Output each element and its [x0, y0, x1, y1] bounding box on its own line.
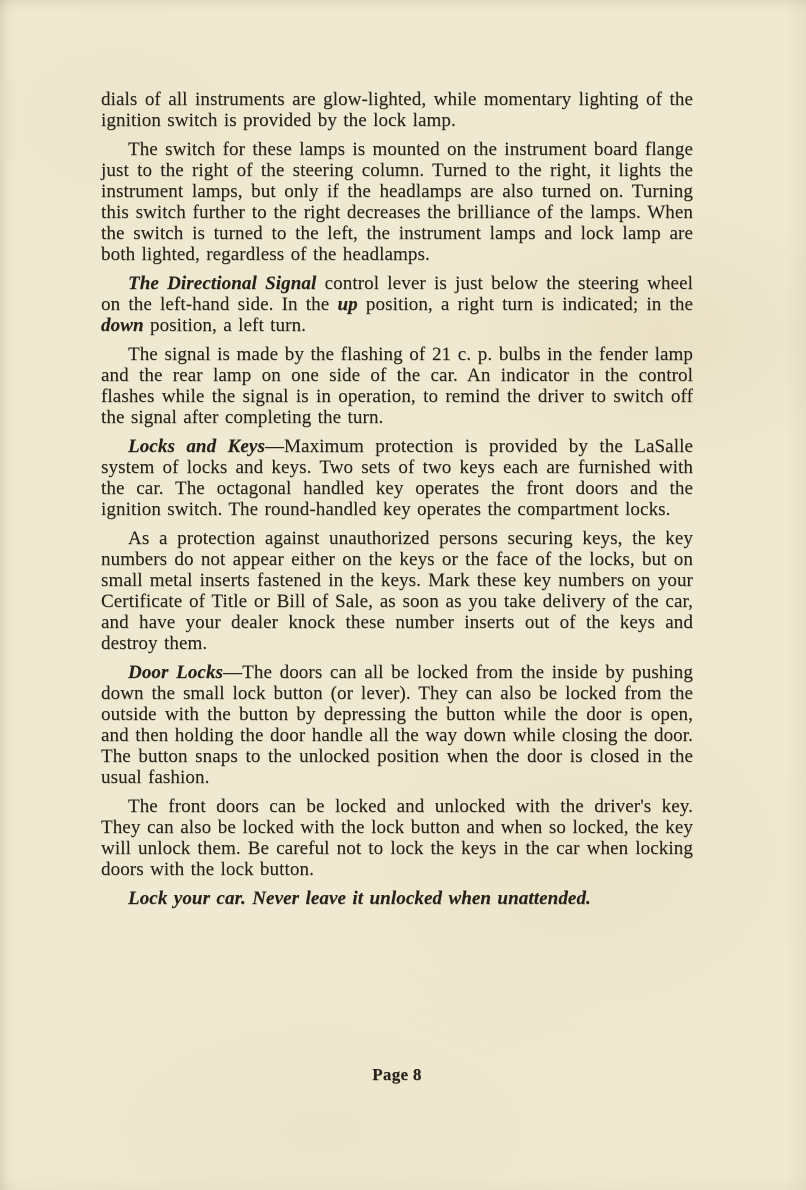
body-text: The switch for these lamps is mounted on…	[101, 139, 693, 265]
paragraph: The signal is made by the flashing of 21…	[101, 344, 693, 428]
body-text: As a protection against unauthorized per…	[101, 528, 693, 654]
paragraph: Lock your car. Never leave it unlocked w…	[101, 888, 693, 909]
body-text: The signal is made by the flashing of 21…	[101, 344, 693, 428]
emphasis-text: Lock your car. Never leave it unlocked w…	[128, 888, 591, 909]
paragraph: Door Locks—The doors can all be locked f…	[101, 662, 693, 788]
page-number: Page 8	[101, 1065, 693, 1085]
body-text: dials of all instruments are glow-lighte…	[101, 89, 693, 131]
emphasis-text: Door Locks	[128, 662, 223, 683]
paragraph: The switch for these lamps is mounted on…	[101, 139, 693, 265]
emphasis-text: The Directional Signal	[128, 273, 316, 294]
emphasis-text: down	[101, 315, 144, 336]
emphasis-text: up	[337, 294, 357, 315]
emphasis-text: Locks and Keys	[128, 436, 265, 457]
manual-page: dials of all instruments are glow-lighte…	[0, 0, 806, 1190]
paragraph: The Directional Signal control lever is …	[101, 273, 693, 336]
body-text: position, a left turn.	[144, 315, 306, 336]
body-text: The front doors can be locked and unlock…	[101, 796, 693, 880]
paragraph: Locks and Keys—Maximum protection is pro…	[101, 436, 693, 520]
body-text: position, a right turn is indicated; in …	[358, 294, 693, 315]
paragraph: dials of all instruments are glow-lighte…	[101, 89, 693, 131]
page-text: dials of all instruments are glow-lighte…	[101, 89, 693, 917]
paragraph: The front doors can be locked and unlock…	[101, 796, 693, 880]
paragraph: As a protection against unauthorized per…	[101, 528, 693, 654]
